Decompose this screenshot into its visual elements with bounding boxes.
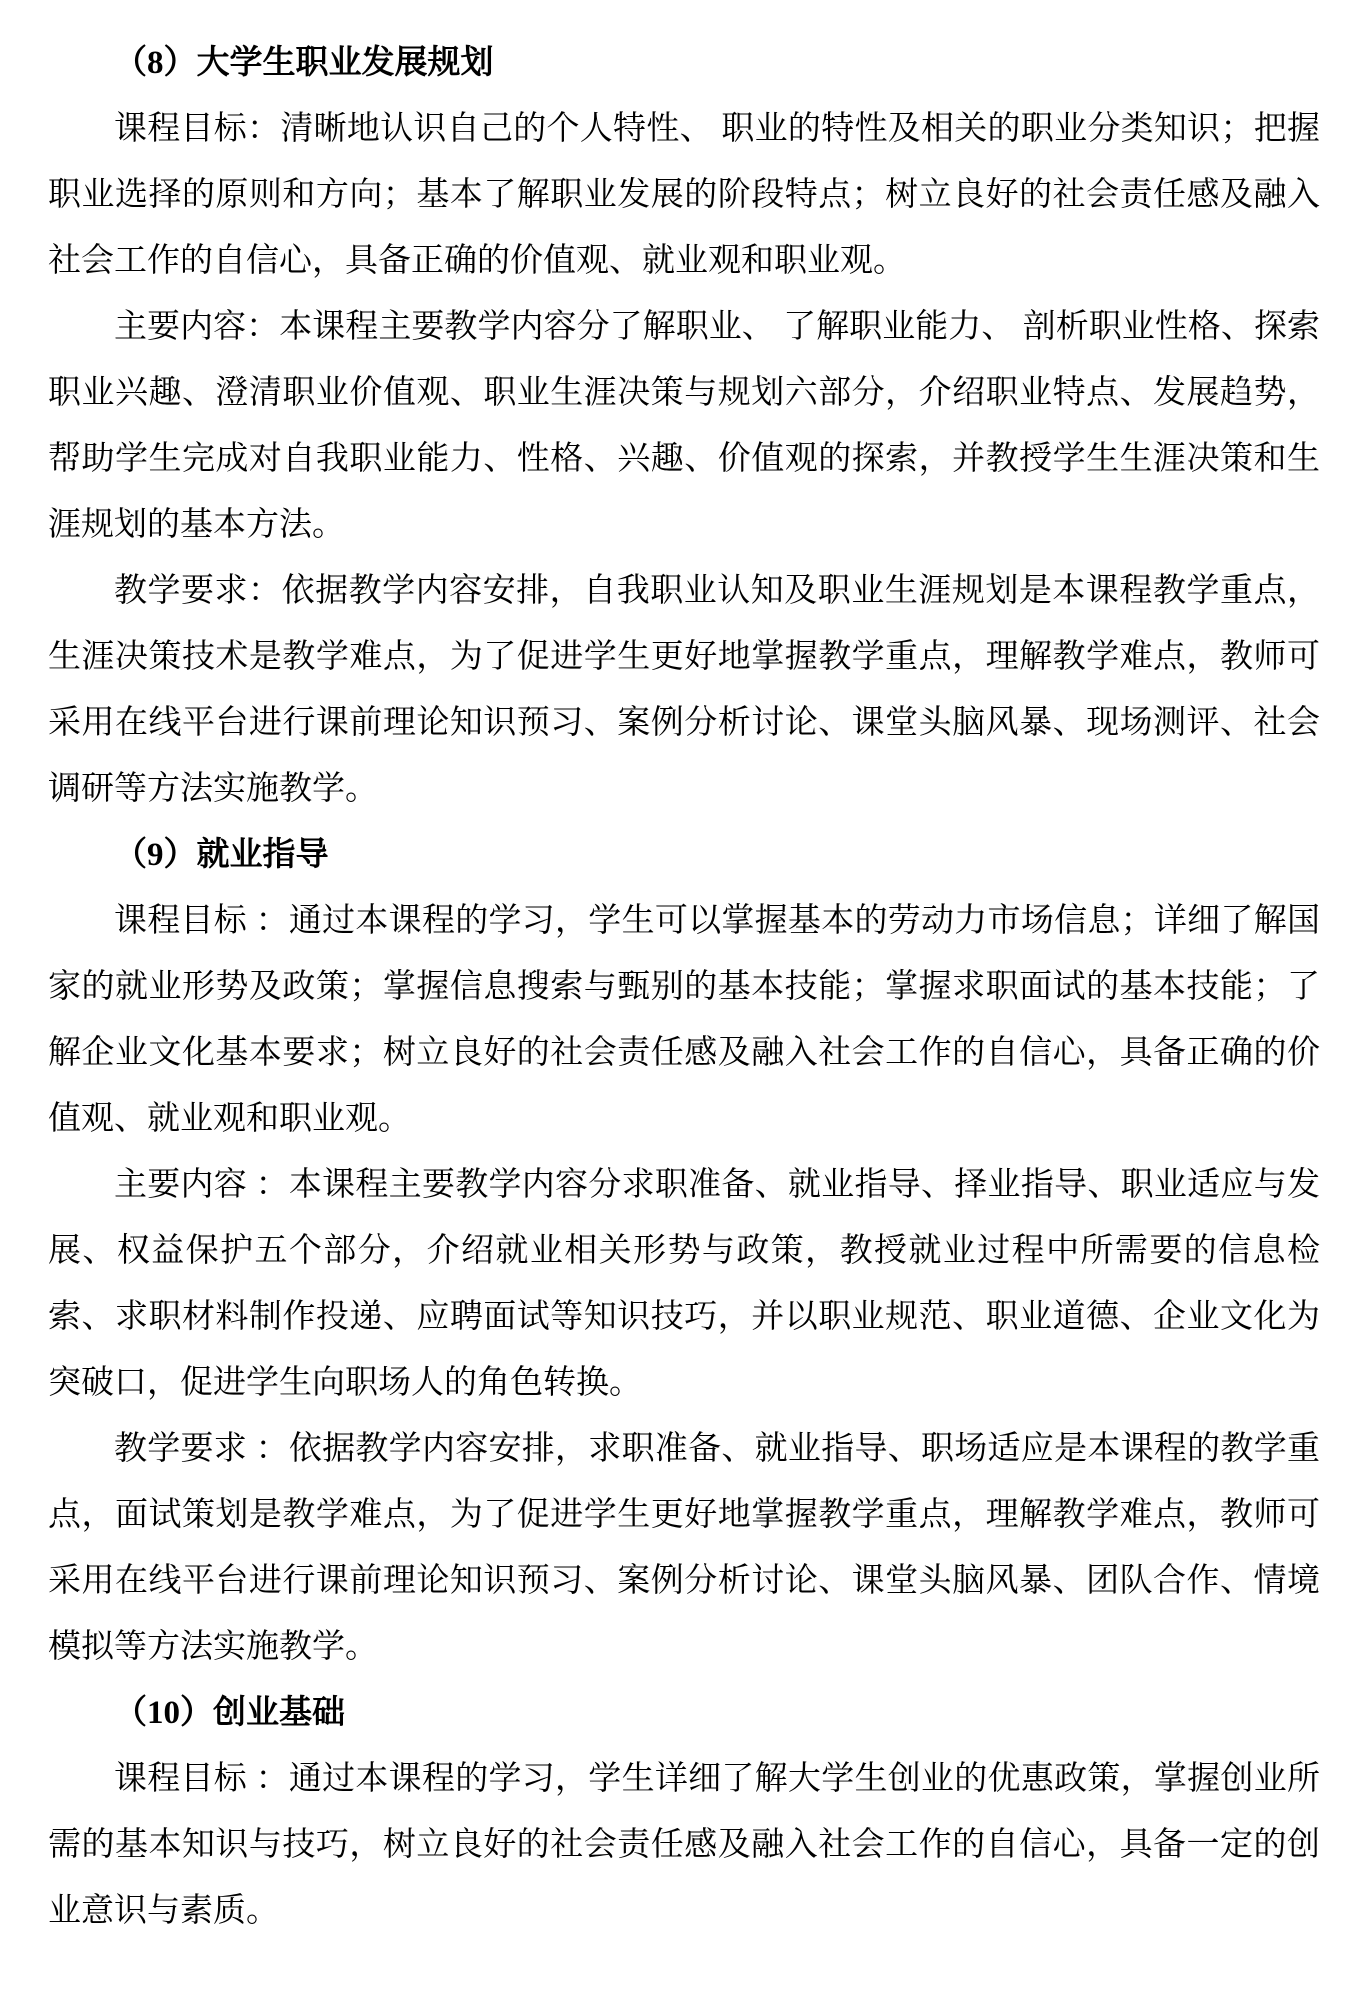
paragraph-main-content: 主要内容：本课程主要教学内容分了解职业、 了解职业能力、 剖析职业性格、探索职业… xyxy=(48,294,1320,558)
paragraph-teaching-requirements: 教学要求 ：依据教学内容安排，求职准备、就业指导、职场适应是本课程的教学重点，面… xyxy=(48,1416,1320,1680)
section-heading-10: （10）创业基础 xyxy=(48,1680,1320,1746)
paragraph-main-content: 主要内容 ：本课程主要教学内容分求职准备、就业指导、择业指导、职业适应与发展、权… xyxy=(48,1152,1320,1416)
document-page: （8）大学生职业发展规划 课程目标：清晰地认识自己的个人特性、 职业的特性及相关… xyxy=(0,0,1366,1996)
section-employment-guidance: （9）就业指导 课程目标 ：通过本课程的学习，学生可以掌握基本的劳动力市场信息；… xyxy=(48,822,1320,1680)
paragraph-teaching-requirements: 教学要求：依据教学内容安排，自我职业认知及职业生涯规划是本课程教学重点，生涯决策… xyxy=(48,558,1320,822)
section-heading-9: （9）就业指导 xyxy=(48,822,1320,888)
section-heading-8: （8）大学生职业发展规划 xyxy=(48,30,1320,96)
paragraph-course-goal: 课程目标 ：通过本课程的学习，学生详细了解大学生创业的优惠政策，掌握创业所需的基… xyxy=(48,1746,1320,1944)
paragraph-course-goal: 课程目标：清晰地认识自己的个人特性、 职业的特性及相关的职业分类知识；把握职业选… xyxy=(48,96,1320,294)
section-career-planning: （8）大学生职业发展规划 课程目标：清晰地认识自己的个人特性、 职业的特性及相关… xyxy=(48,30,1320,822)
paragraph-course-goal: 课程目标 ：通过本课程的学习，学生可以掌握基本的劳动力市场信息；详细了解国家的就… xyxy=(48,888,1320,1152)
section-entrepreneurship-basics: （10）创业基础 课程目标 ：通过本课程的学习，学生详细了解大学生创业的优惠政策… xyxy=(48,1680,1320,1944)
